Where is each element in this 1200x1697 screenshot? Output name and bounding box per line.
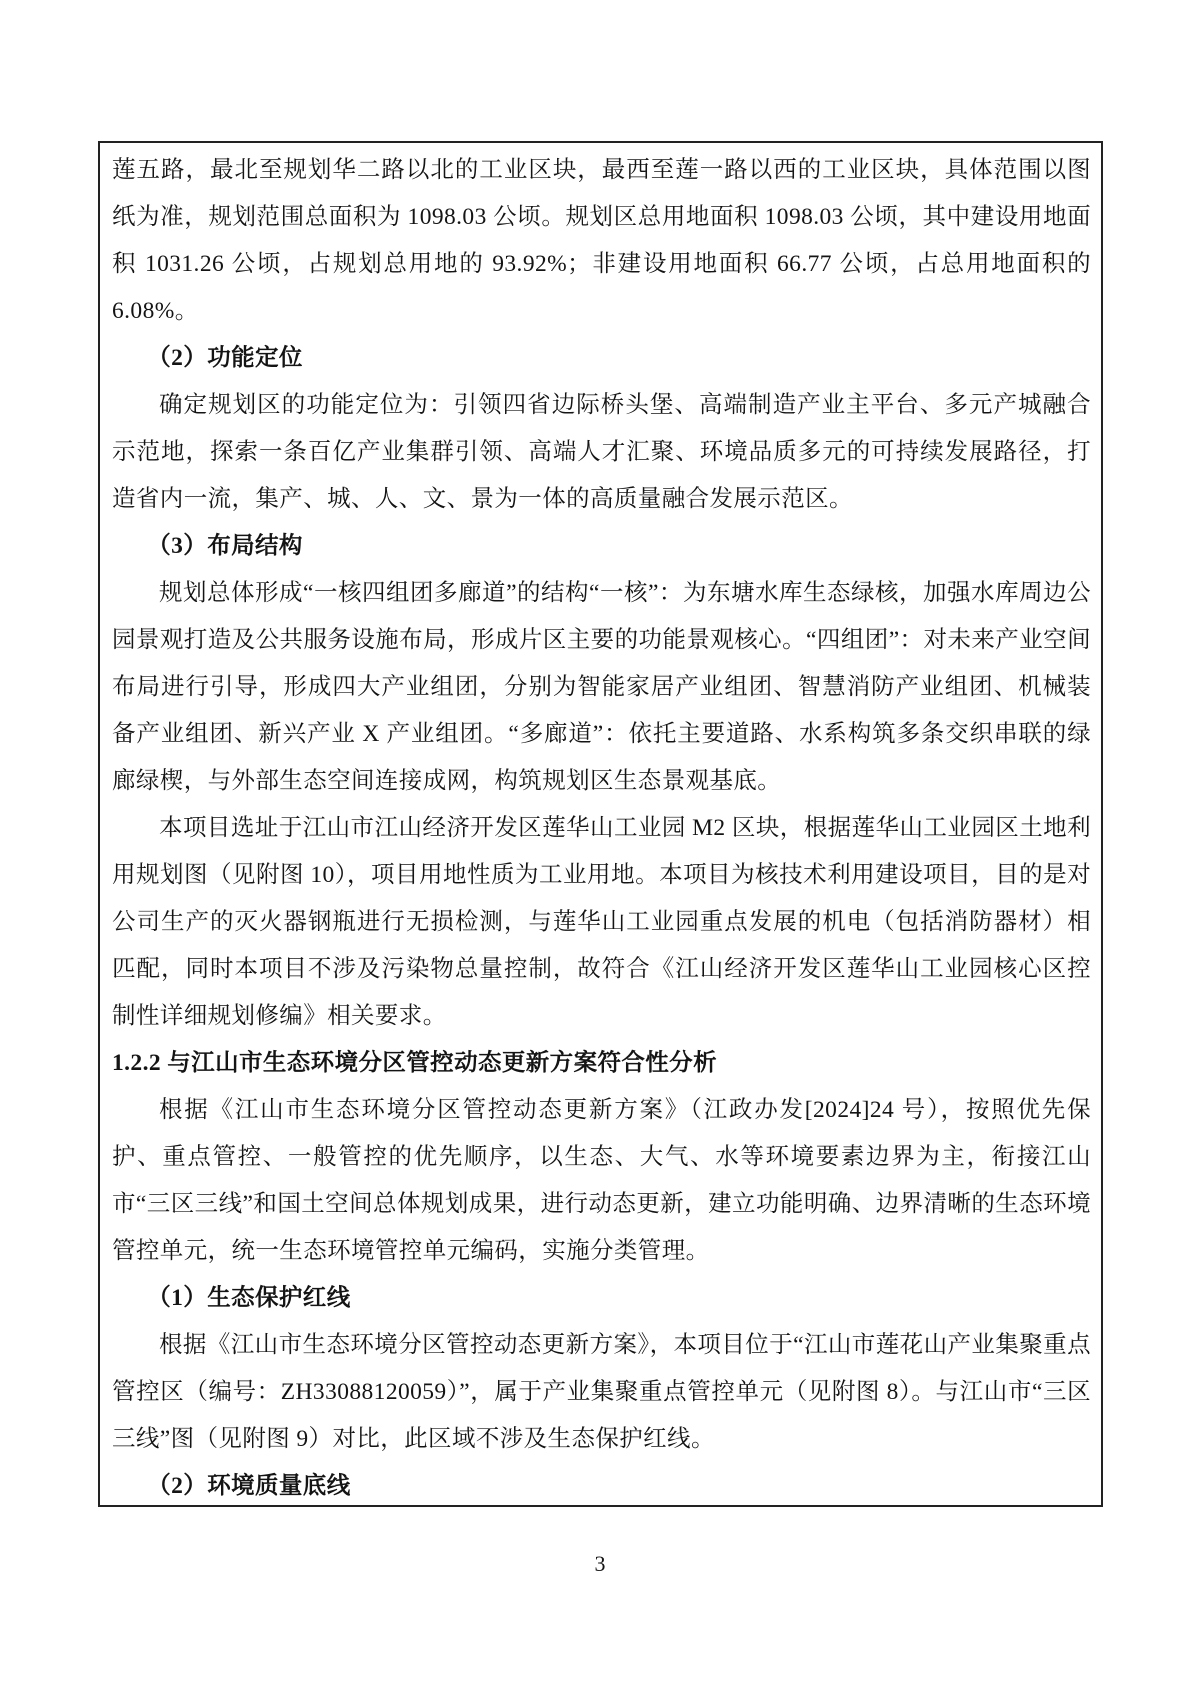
para-planning-scope-continuation: 莲五路，最北至规划华二路以北的工业区块，最西至莲一路以西的工业区块，具体范围以图…: [112, 147, 1091, 335]
para-project-siting: 本项目选址于江山市江山经济开发区莲华山工业园 M2 区块，根据莲华山工业园区土地…: [112, 805, 1091, 1040]
heading-layout-structure: （3）布局结构: [112, 523, 1091, 570]
document-table-cell: 莲五路，最北至规划华二路以北的工业区块，最西至莲一路以西的工业区块，具体范围以图…: [98, 141, 1103, 1507]
heading-functional-positioning: （2）功能定位: [112, 335, 1091, 382]
page-number: 3: [0, 1549, 1200, 1579]
heading-ecological-protection-redline: （1）生态保护红线: [112, 1275, 1091, 1322]
para-zoning-control-update-plan: 根据《江山市生态环境分区管控动态更新方案》（江政办发[2024]24 号），按照…: [112, 1087, 1091, 1275]
para-ecological-protection-redline: 根据《江山市生态环境分区管控动态更新方案》，本项目位于“江山市莲花山产业集聚重点…: [112, 1322, 1091, 1463]
para-layout-structure: 规划总体形成“一核四组团多廊道”的结构“一核”：为东塘水库生态绿核，加强水库周边…: [112, 570, 1091, 805]
heading-environmental-quality-bottom-line: （2）环境质量底线: [112, 1463, 1091, 1507]
para-functional-positioning: 确定规划区的功能定位为：引领四省边际桥头堡、高端制造产业主平台、多元产城融合示范…: [112, 382, 1091, 523]
heading-section-1-2-2: 1.2.2 与江山市生态环境分区管控动态更新方案符合性分析: [112, 1040, 1091, 1087]
